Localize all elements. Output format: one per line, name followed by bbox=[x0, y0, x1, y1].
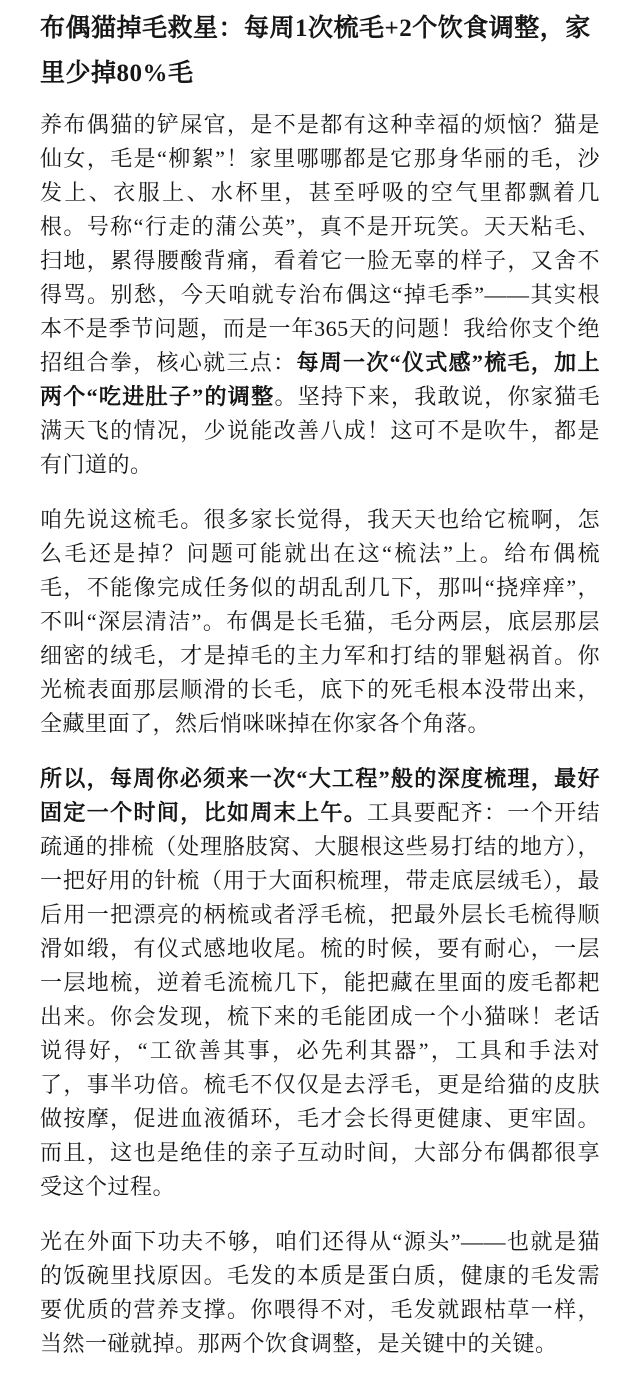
text-run: 咱先说这梳毛。很多家长觉得，我天天也给它梳啊，怎么毛还是掉？问题可能就出在这“梳… bbox=[40, 507, 600, 736]
paragraph-intro: 养布偶猫的铲屎官，是不是都有这种幸福的烦恼？猫是仙女，毛是“柳絮”！家里哪哪都是… bbox=[40, 108, 600, 482]
article-title: 布偶猫掉毛救星：每周1次梳毛+2个饮食调整，家里少掉80%毛 bbox=[40, 6, 600, 96]
paragraph-diet-source: 光在外面下功夫不够，咱们还得从“源头”——也就是猫的饭碗里找原因。毛发的本质是蛋… bbox=[40, 1225, 600, 1361]
paragraph-weekly-deep-grooming: 所以，每周你必须来一次“大工程”般的深度梳理，最好固定一个时间，比如周末上午。工… bbox=[40, 762, 600, 1204]
article-page: 布偶猫掉毛救星：每周1次梳毛+2个饮食调整，家里少掉80%毛 养布偶猫的铲屎官，… bbox=[0, 0, 640, 1381]
paragraph-brushing-method: 咱先说这梳毛。很多家长觉得，我天天也给它梳啊，怎么毛还是掉？问题可能就出在这“梳… bbox=[40, 503, 600, 741]
text-run: 养布偶猫的铲屎官，是不是都有这种幸福的烦恼？猫是仙女，毛是“柳絮”！家里哪哪都是… bbox=[40, 112, 600, 375]
text-run: 工具要配齐：一个开结疏通的排梳（处理胳肢窝、大腿根这些易打结的地方），一把好用的… bbox=[40, 800, 600, 1199]
text-run: 光在外面下功夫不够，咱们还得从“源头”——也就是猫的饭碗里找原因。毛发的本质是蛋… bbox=[40, 1229, 600, 1356]
